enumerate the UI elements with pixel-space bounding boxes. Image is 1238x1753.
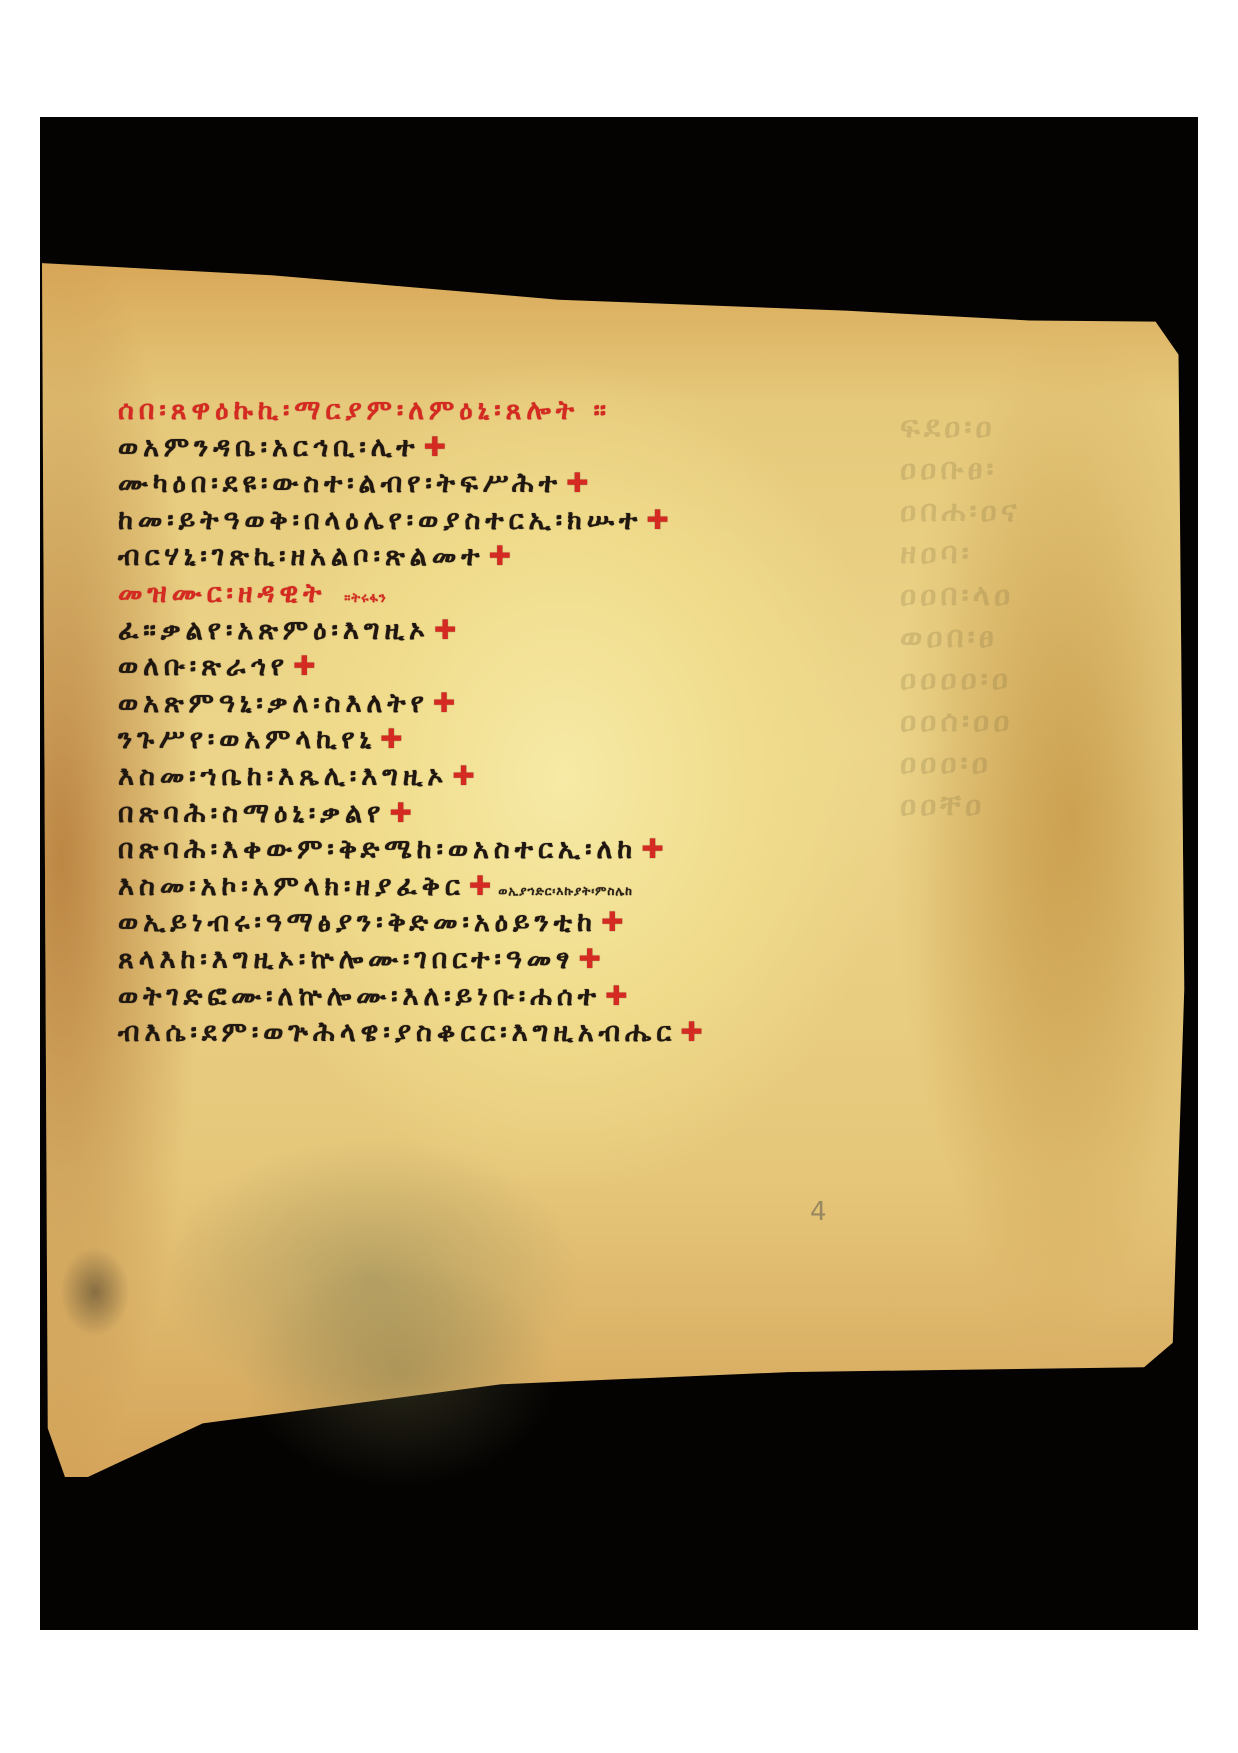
cross-marker-icon: ✚ xyxy=(578,944,606,975)
cross-marker-icon: ✚ xyxy=(488,541,516,572)
text-line: ጸላእከ፡እግዚኦ፡ኵሎሙ፡ገበርተ፡ዓመፃ✚ xyxy=(118,942,1018,979)
cross-marker-icon: ✚ xyxy=(423,432,451,463)
cross-marker-icon: ✚ xyxy=(566,468,594,499)
cross-marker-icon: ✚ xyxy=(601,907,629,938)
cross-marker-icon: ✚ xyxy=(469,871,497,902)
cross-marker-icon: ✚ xyxy=(433,688,461,719)
rubric-psalm-title: መዝሙር፡ዘዳዊት።ትሩፋን xyxy=(118,576,1018,613)
text-line: ወትገድፎሙ፡ለኵሎሙ፡እለ፡ይነቡ፡ሐሰተ✚ xyxy=(118,979,1018,1016)
text-line: ሙካዕበ፡ደዩ፡ውስተ፡ልብየ፡ትፍሥሕተ✚ xyxy=(118,466,1018,503)
manuscript-text: ሰበ፡ጸዋዕኩኪ፡ማርያም፡ለምዕኒ፡ጸሎት ። ወአምንዳቤ፡አርኅቢ፡ሊተ✚… xyxy=(118,393,1018,1052)
text-line: ከመ፡ይትዓወቅ፡በላዕሌየ፡ወያስተርኢ፡ክሡተ✚ xyxy=(118,503,1018,540)
text-line: ፈ።ቃልየ፡አጽምዕ፡እግዚኦ✚ xyxy=(118,613,1018,650)
cross-marker-icon: ✚ xyxy=(293,651,321,682)
text-line: ወኢይነብሩ፡ዓማፅያን፡ቅድመ፡አዕይንቲከ✚ xyxy=(118,905,1018,942)
cross-marker-icon: ✚ xyxy=(434,615,462,646)
pencil-folio-number: 4 xyxy=(810,1197,827,1227)
text-line: ብእሴ፡ደም፡ወጕሕላዌ፡ያስቆርር፡እግዚአብሔር✚ xyxy=(118,1015,1018,1052)
text-line: በጽባሕ፡እቀውም፡ቅድሜከ፡ወአስተርኢ፡ለከ✚ xyxy=(118,832,1018,869)
text-line: እስመ፡አኮ፡አምላክ፡ዘያፈቅር✚ወኢያኀድር፡እኩያት፡ምስሌከ xyxy=(118,869,1018,906)
text-line: ወለቡ፡ጽራኅየ✚ xyxy=(118,649,1018,686)
cross-marker-icon: ✚ xyxy=(680,1017,708,1048)
text-line: ብርሃኒ፡ገጽኪ፡ዘአልቦ፡ጽልመተ✚ xyxy=(118,539,1018,576)
manuscript-photo: ፍደዐ፡ዐ ዐዐቡፀ፡ ዐበሐ፡ዐና ዘዐባ፡ ዐዐበ፡ላዐ ወዐበ፡ፀ ዐዐዐ… xyxy=(40,117,1198,1630)
text-line: እስመ፡ኀቤከ፡እጼሊ፡እግዚኦ✚ xyxy=(118,759,1018,796)
cross-marker-icon: ✚ xyxy=(380,724,408,755)
text-line: ወአጽምዓኒ፡ቃለ፡ስእለትየ✚ xyxy=(118,686,1018,723)
cross-marker-icon: ✚ xyxy=(452,761,480,792)
rubric-heading-line: ሰበ፡ጸዋዕኩኪ፡ማርያም፡ለምዕኒ፡ጸሎት ። xyxy=(118,393,1018,430)
text-line: በጽባሕ፡ስማዕኒ፡ቃልየ✚ xyxy=(118,796,1018,833)
text-line: ንጉሥየ፡ወአምላኪየኒ✚ xyxy=(118,722,1018,759)
cross-marker-icon: ✚ xyxy=(641,834,669,865)
cross-marker-icon: ✚ xyxy=(389,798,417,829)
text-line: ወአምንዳቤ፡አርኅቢ፡ሊተ✚ xyxy=(118,430,1018,467)
interlinear-addition: ወኢያኀድር፡እኩያት፡ምስሌከ xyxy=(498,884,633,898)
cross-marker-icon: ✚ xyxy=(605,981,633,1012)
cross-marker-icon: ✚ xyxy=(646,505,674,536)
